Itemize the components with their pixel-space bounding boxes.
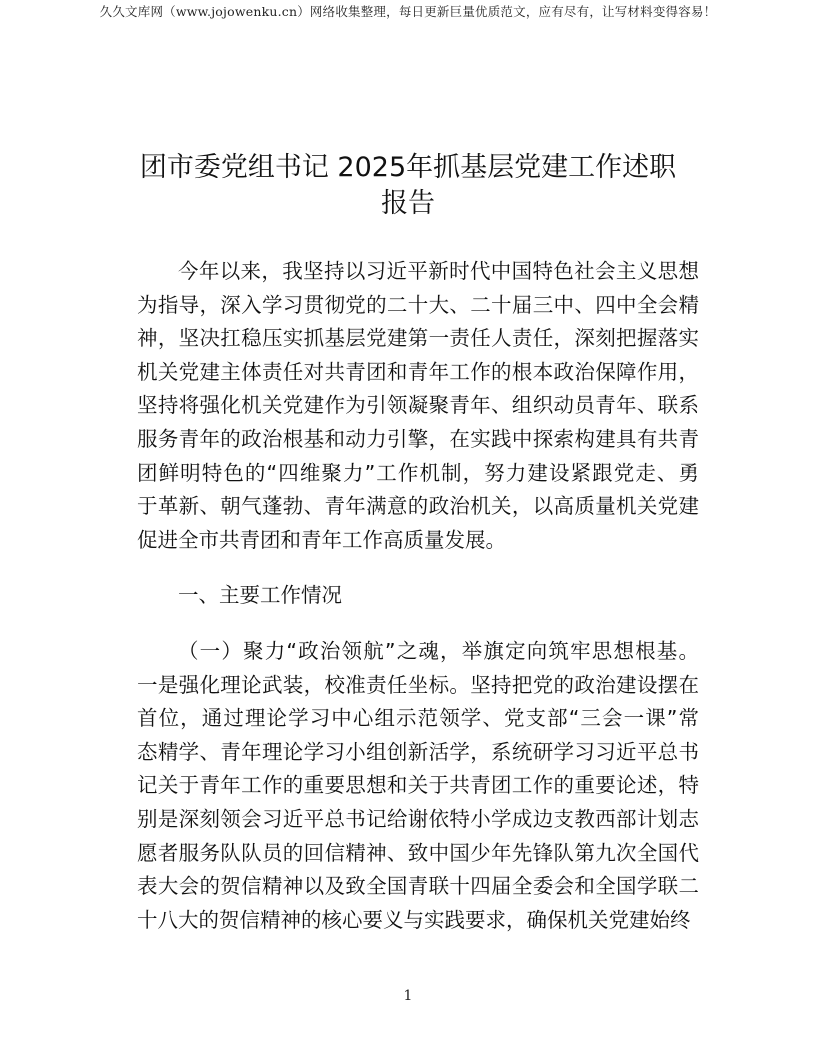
text-line: 记关于青年工作的重要思想和关于共青团工作的重要论述，特 [137,769,699,803]
text-line: 团鲜明特色的“四维聚力”工作机制，努力建设紧跟党走、勇 [137,457,699,491]
text-line: 别是深刻领会习近平总书记给谢依特小学成边支教西部计划志 [137,803,699,837]
text-line: 机关党建主体责任对共青团和青年工作的根本政治保障作用， [137,356,699,390]
section-heading: 一、主要工作情况 [137,579,699,613]
title-line-2: 报告 [110,186,706,222]
title-line-1: 团市委党组书记 2025年抓基层党建工作述职 [140,152,676,183]
text-line: 促进全市共青团和青年工作高质量发展。 [137,524,699,558]
text-line: 今年以来，我坚持以习近平新时代中国特色社会主义思想 [137,255,699,289]
text-line: 一是强化理论武装，校准责任坐标。坚持把党的政治建设摆在 [137,669,699,703]
text-line: 态精学、青年理论学习小组创新活学，系统研学习习近平总书 [137,736,699,770]
paragraph-intro: 今年以来，我坚持以习近平新时代中国特色社会主义思想 为指导，深入学习贯彻党的二十… [137,255,699,557]
text-line: 十八大的贺信精神的核心要义与实践要求，确保机关党建始终 [137,904,699,938]
paragraph-gap [137,557,699,579]
header-note: 久久文库网（www.jojowenku.cn）网络收集整理，每日更新巨量优质范文… [0,2,816,20]
section-heading-text: 一、主要工作情况 [137,579,699,613]
text-line: 于革新、朝气蓬勃、青年满意的政治机关，以高质量机关党建 [137,490,699,524]
text-line: 坚持将强化机关党建作为引领凝聚青年、组织动员青年、联系 [137,389,699,423]
text-line: 表大会的贺信精神以及致全国青联十四届全委会和全国学联二 [137,870,699,904]
page-number: 1 [0,988,816,1004]
text-line: 首位，通过理论学习中心组示范领学、党支部“三会一课”常 [137,702,699,736]
text-line: 为指导，深入学习贯彻党的二十大、二十届三中、四中全会精 [137,289,699,323]
paragraph-section-1: （一）聚力“政治领航”之魂，举旗定向筑牢思想根基。 一是强化理论武装，校准责任坐… [137,635,699,937]
page-title: 团市委党组书记 2025年抓基层党建工作述职 报告 [110,150,706,222]
paragraph-gap [137,613,699,635]
text-line: 神，坚决扛稳压实抓基层党建第一责任人责任，深刻把握落实 [137,322,699,356]
subsection-heading-line: （一）聚力“政治领航”之魂，举旗定向筑牢思想根基。 [137,635,699,669]
text-line: 愿者服务队队员的回信精神、致中国少年先锋队第九次全国代 [137,837,699,871]
document-body: 今年以来，我坚持以习近平新时代中国特色社会主义思想 为指导，深入学习贯彻党的二十… [137,255,699,937]
text-line: 服务青年的政治根基和动力引擎，在实践中探索构建具有共青 [137,423,699,457]
